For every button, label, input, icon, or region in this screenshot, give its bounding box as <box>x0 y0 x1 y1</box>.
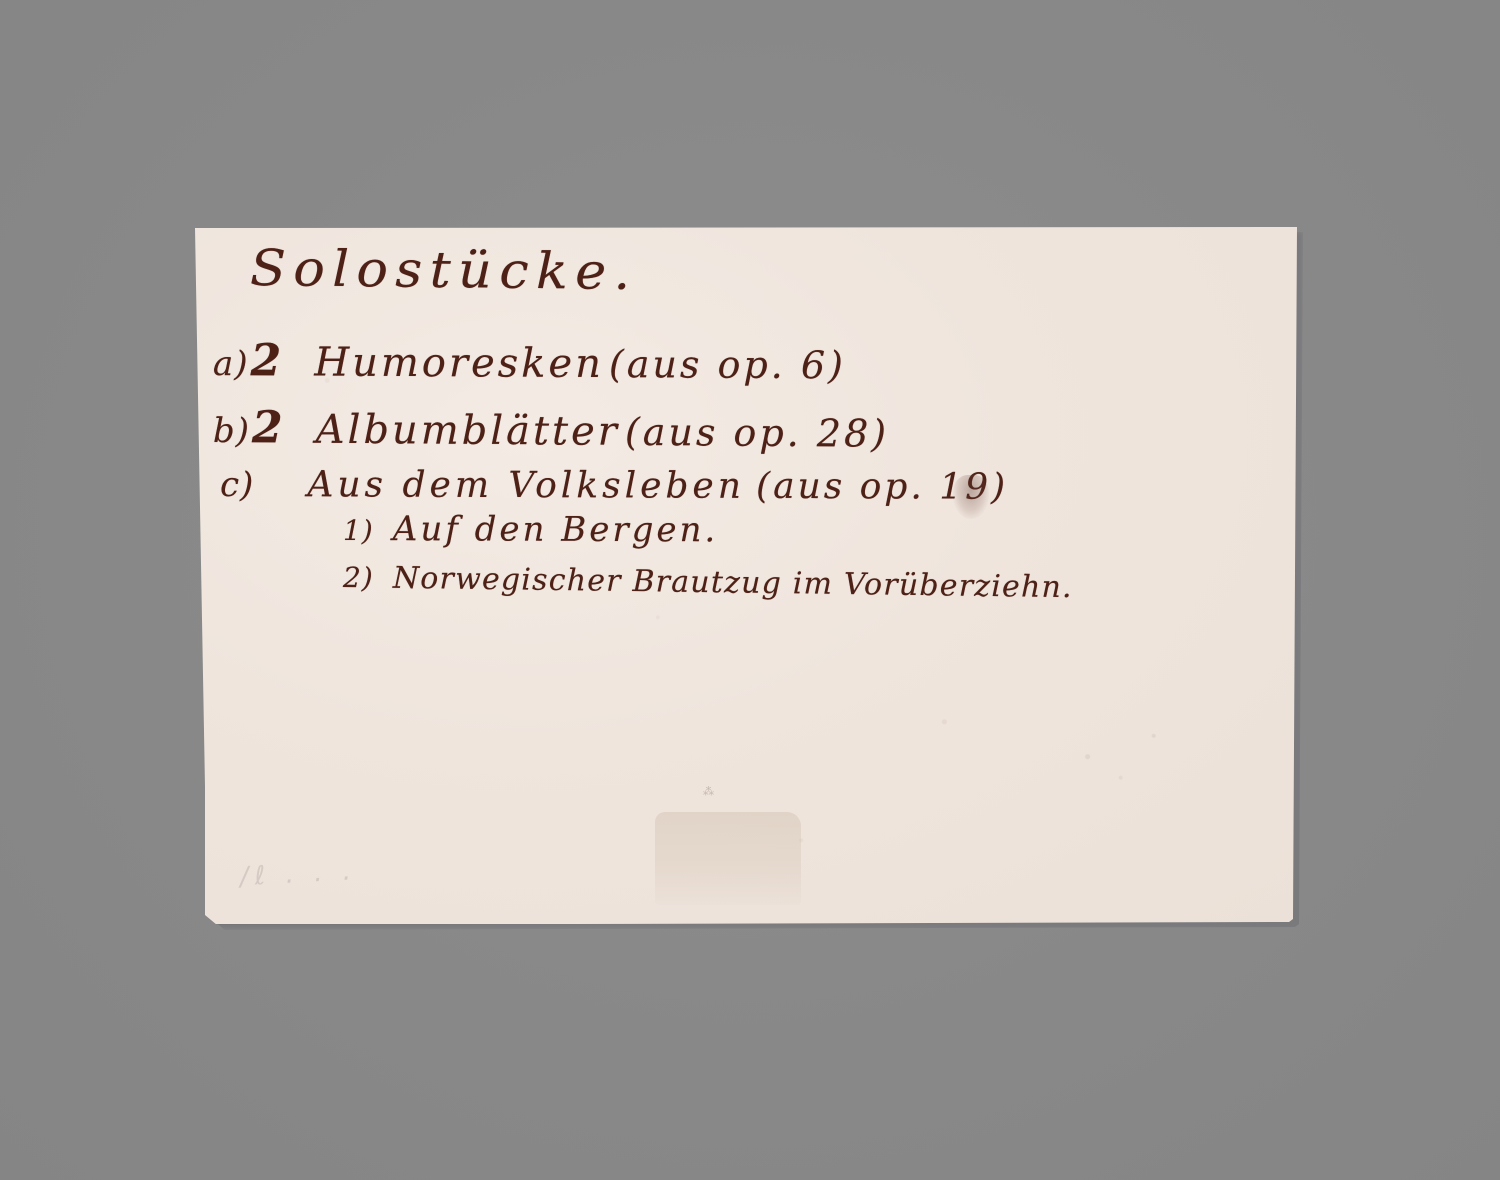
sub-item-title: Auf den Bergen. <box>393 509 719 550</box>
item-source: (aus op. 6) <box>609 342 846 387</box>
sub-item-1: 1) Auf den Bergen. <box>343 509 718 550</box>
list-item-c: c) Aus dem Volksleben (aus op. 19) <box>220 464 1008 508</box>
sub-item-label: 1) <box>343 514 374 547</box>
sub-item-label: 2) <box>343 561 374 594</box>
item-title: Albumblätter <box>316 407 620 455</box>
item-source: (aus op. 28) <box>625 410 889 456</box>
item-label: a) <box>213 344 249 384</box>
ink-smudge <box>953 475 989 519</box>
item-title: Humoresken <box>314 340 604 388</box>
list-item-a: a)2 Humoresken (aus op. 6) <box>213 335 846 389</box>
faint-mark: ⁂ <box>703 785 733 799</box>
list-item-b: b)2 Albumblätter (aus op. 28) <box>213 402 889 458</box>
item-count: 2 <box>252 402 283 453</box>
item-label: b) <box>213 411 250 451</box>
paper-stain <box>655 812 801 905</box>
item-title: Aus dem Volksleben <box>307 464 745 507</box>
card-title: Solostücke. <box>250 239 638 301</box>
item-count: 2 <box>250 335 281 386</box>
manuscript-card: Solostücke. a)2 Humoresken (aus op. 6) b… <box>195 227 1297 924</box>
item-label: c) <box>220 465 254 505</box>
